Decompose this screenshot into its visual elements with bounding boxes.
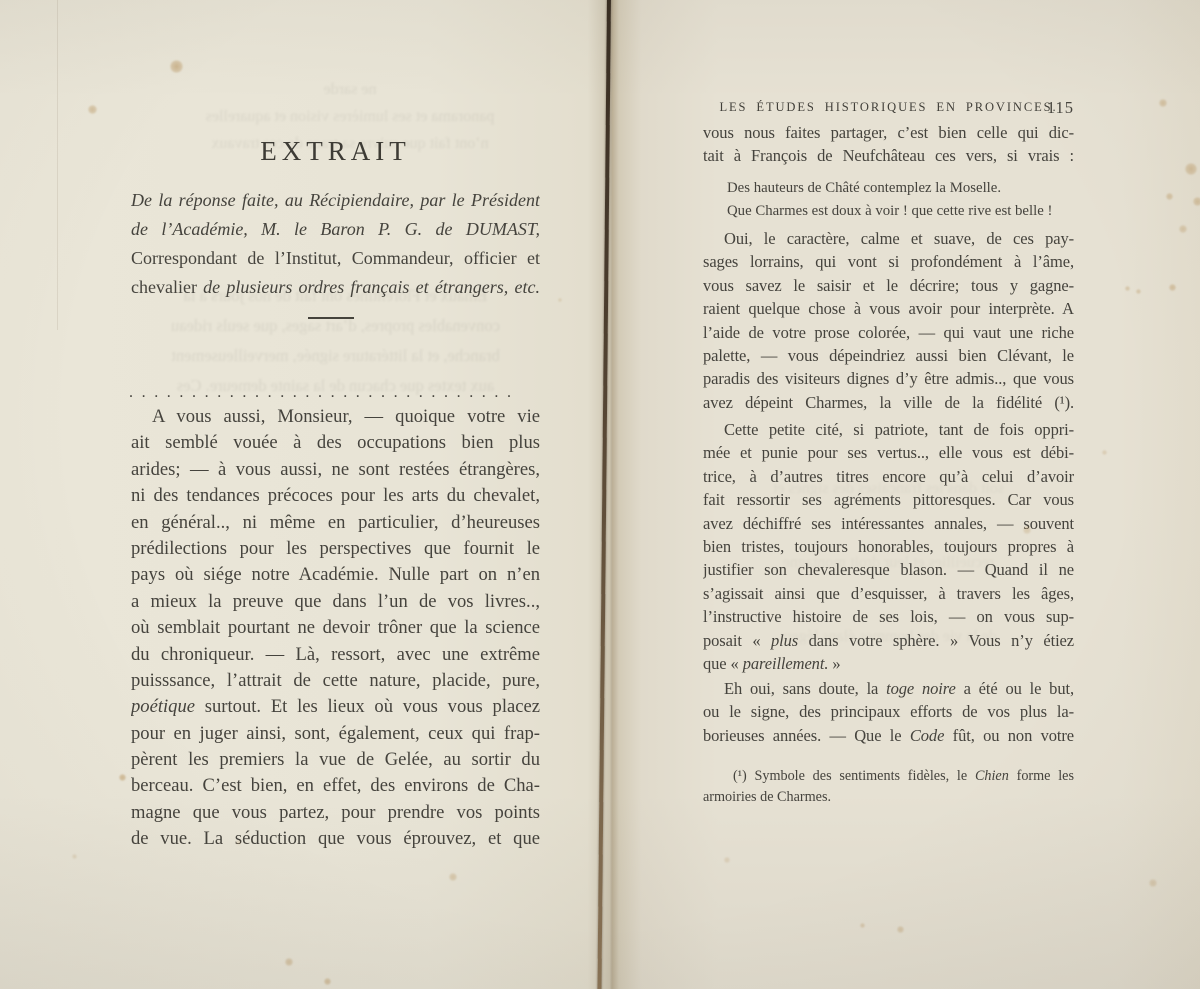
foxing-stain bbox=[285, 958, 293, 966]
paragraph-oui: Oui, le caractère, calme et suave, de ce… bbox=[703, 227, 1074, 414]
text: raient quelque chose à vous avoir pour i… bbox=[703, 299, 1074, 318]
text: ni des tendances précoces pour les arts … bbox=[131, 485, 540, 506]
text-line: posait « plus dans votre sphère. » Vous … bbox=[703, 629, 1074, 652]
running-header: LES ÉTUDES HISTORIQUES EN PROVINCES. 115 bbox=[703, 100, 1074, 118]
intro-paragraph: vous nous faites partager, c’est bien ce… bbox=[703, 121, 1074, 168]
foxing-stain bbox=[1159, 99, 1167, 107]
text: a mieux la preuve que dans l’un de vos l… bbox=[131, 591, 540, 612]
text-line: justifier son chevaleresque blason. — Qu… bbox=[703, 558, 1074, 581]
text-line: arides; — à vous aussi, ne sont restées … bbox=[131, 457, 540, 483]
foxing-stain bbox=[558, 298, 562, 302]
text: forme les bbox=[1009, 768, 1074, 784]
foxing-stain bbox=[724, 857, 730, 863]
text-line: ou le signe, des principaux efforts de v… bbox=[703, 700, 1074, 723]
text: où semblait pourtant ne devoir trôner qu… bbox=[131, 617, 540, 638]
text-line: raient quelque chose à vous avoir pour i… bbox=[703, 297, 1074, 320]
ghost-text-line: ne sarde bbox=[140, 76, 560, 103]
text: a été ou le but, bbox=[956, 679, 1074, 698]
text: surtout. Et les lieux où vous vous place… bbox=[195, 696, 540, 717]
text: magne que vous partez, pour prendre vos … bbox=[131, 802, 540, 823]
text-line: mée et punie pour ses vertus.., elle vou… bbox=[703, 441, 1074, 464]
italic-text: pareillement. bbox=[743, 654, 829, 673]
page-number: 115 bbox=[1047, 98, 1074, 118]
foxing-stain bbox=[1136, 289, 1141, 294]
italic-text: De la réponse faite, au Récipiendaire, p… bbox=[131, 190, 540, 210]
text-line: a mieux la preuve que dans l’un de vos l… bbox=[131, 589, 540, 615]
text-line: Eh oui, sans doute, la toge noire a été … bbox=[703, 677, 1074, 700]
text: » bbox=[828, 654, 840, 673]
text: ait semblé vouée à des occupations bien … bbox=[131, 432, 540, 453]
text-line: bien tristes, toujours honorables, toujo… bbox=[703, 535, 1074, 558]
foxing-stain bbox=[324, 978, 331, 985]
italic-text: toge noire bbox=[886, 679, 956, 698]
text-line: Que Charmes est doux à voir ! que cette … bbox=[727, 200, 1079, 223]
text: pour en juger ainsi, sont, également, ce… bbox=[131, 723, 540, 744]
text: palette, — vous dépeindriez aussi bien C… bbox=[703, 346, 1074, 365]
foxing-stain bbox=[1179, 225, 1187, 233]
text-line: que « pareillement. » bbox=[703, 652, 1074, 675]
text: justifier son chevaleresque blason. — Qu… bbox=[703, 560, 1074, 579]
text-line: A vous aussi, Monsieur, — quoique votre … bbox=[131, 404, 540, 430]
text-line: vous nous faites partager, c’est bien ce… bbox=[703, 121, 1074, 144]
text-line: fait ressortir ses agréments pittoresque… bbox=[703, 488, 1074, 511]
foxing-stain bbox=[1023, 526, 1031, 534]
foxing-stain bbox=[236, 840, 241, 845]
text: Eh oui, sans doute, la bbox=[724, 679, 886, 698]
text: posait « bbox=[703, 631, 771, 650]
text: vous nous faites partager, c’est bien ce… bbox=[703, 123, 1074, 142]
text-line: de vue. La séduction que vous éprouvez, … bbox=[131, 826, 540, 852]
text: arides; — à vous aussi, ne sont restées … bbox=[131, 459, 540, 480]
foxing-stain bbox=[1169, 284, 1176, 291]
text: en général.., ni même en particulier, d’… bbox=[131, 512, 540, 533]
text-line: poétique surtout. Et les lieux où vous v… bbox=[131, 694, 540, 720]
italic-text: Code bbox=[910, 726, 944, 745]
foxing-stain bbox=[88, 105, 97, 114]
text: borieuses années. — Que le bbox=[703, 726, 910, 745]
text: bien tristes, toujours honorables, toujo… bbox=[703, 537, 1074, 556]
text: s’agissait ainsi que d’esquisser, à trav… bbox=[703, 584, 1074, 603]
text: chevalier bbox=[131, 277, 203, 297]
text-line: ni des tendances précoces pour les arts … bbox=[131, 483, 540, 509]
text-line: tait à François de Neufchâteau ces vers,… bbox=[703, 144, 1074, 167]
foxing-stain bbox=[1185, 163, 1197, 175]
text: l’instructive histoire de ses lois, — on… bbox=[703, 607, 1074, 626]
text: Des hauteurs de Châté contemplez la Mose… bbox=[727, 180, 1001, 196]
text-line: borieuses années. — Que le Code fût, ou … bbox=[703, 724, 1074, 747]
text-line: armoiries de Charmes. bbox=[703, 787, 1074, 808]
text: Correspondant de l’Institut, Commandeur,… bbox=[131, 248, 540, 268]
italic-text: de l’Académie, M. le Baron P. G. de DUMA… bbox=[131, 219, 540, 239]
text-line: du chroniqueur. — Là, ressort, avec une … bbox=[131, 642, 540, 668]
text-line: vous savez le saisir et le décrire; tous… bbox=[703, 274, 1074, 297]
text: vous savez le saisir et le décrire; tous… bbox=[703, 276, 1074, 295]
foxing-stain bbox=[119, 774, 126, 781]
text-line: sages lorrains, qui vont si profondément… bbox=[703, 250, 1074, 273]
text-line: magne que vous partez, pour prendre vos … bbox=[131, 800, 540, 826]
text-line: s’agissait ainsi que d’esquisser, à trav… bbox=[703, 582, 1074, 605]
foxing-stain bbox=[170, 60, 183, 73]
text-line: Correspondant de l’Institut, Commandeur,… bbox=[131, 244, 540, 273]
text: que « bbox=[703, 654, 743, 673]
text-line: paradis des visiteurs dignes d’y être ad… bbox=[703, 367, 1074, 390]
foxing-stain bbox=[1166, 193, 1173, 200]
footnote: (¹) Symbole des sentiments fidèles, le C… bbox=[703, 766, 1074, 807]
text-line: pays où siége notre Académie. Nulle part… bbox=[131, 562, 540, 588]
foxing-stain bbox=[860, 923, 865, 928]
text: avez déchiffré ses intéressantes annales… bbox=[703, 514, 1074, 533]
text: berceau. C’est bien, en effet, des envir… bbox=[131, 775, 540, 796]
ghost-text-line: panorama et ses lumières vision et aquar… bbox=[140, 103, 560, 130]
text-line: berceau. C’est bien, en effet, des envir… bbox=[131, 773, 540, 799]
text-line: Oui, le caractère, calme et suave, de ce… bbox=[703, 227, 1074, 250]
verse-quote: Des hauteurs de Châté contemplez la Mose… bbox=[727, 177, 1079, 222]
text: fût, ou non votre bbox=[944, 726, 1074, 745]
running-header-title: LES ÉTUDES HISTORIQUES EN PROVINCES. bbox=[703, 100, 1074, 115]
text: ou le signe, des principaux efforts de v… bbox=[703, 702, 1074, 721]
text: Cette petite cité, si patriote, tant de … bbox=[724, 420, 1074, 439]
text-line: (¹) Symbole des sentiments fidèles, le C… bbox=[703, 766, 1074, 787]
text: armoiries de Charmes. bbox=[703, 789, 831, 805]
text-line: l’instructive histoire de ses lois, — on… bbox=[703, 605, 1074, 628]
text: Que Charmes est doux à voir ! que cette … bbox=[727, 203, 1052, 219]
foxing-stain bbox=[1125, 286, 1130, 291]
text-line: où semblait pourtant ne devoir trôner qu… bbox=[131, 615, 540, 641]
text: Oui, le caractère, calme et suave, de ce… bbox=[724, 229, 1074, 248]
foxing-stain bbox=[1193, 197, 1200, 206]
text-line: ait semblé vouée à des occupations bien … bbox=[131, 430, 540, 456]
text-line: Des hauteurs de Châté contemplez la Mose… bbox=[727, 177, 1079, 200]
ghost-text-line: convenables propres, d’art sages, que se… bbox=[131, 311, 540, 341]
text-line: pour en juger ainsi, sont, également, ce… bbox=[131, 721, 540, 747]
text: A vous aussi, Monsieur, — quoique votre … bbox=[152, 406, 540, 427]
text-line: prédilections pour les perspectives que … bbox=[131, 536, 540, 562]
text: paradis des visiteurs dignes d’y être ad… bbox=[703, 369, 1074, 388]
text: (¹) Symbole des sentiments fidèles, le bbox=[733, 768, 975, 784]
ghost-text-line: branche, et la littérature signée, merve… bbox=[131, 341, 540, 371]
paragraph-eh-oui: Eh oui, sans doute, la toge noire a été … bbox=[703, 677, 1074, 747]
foxing-stain bbox=[72, 854, 77, 859]
italic-text: de plusieurs ordres français et étranger… bbox=[203, 277, 540, 297]
text-line: avez dépeint Charmes, la ville de la fid… bbox=[703, 391, 1074, 414]
book-photo: ne sardepanorama et ses lumières vision … bbox=[0, 0, 1200, 989]
left-body-paragraph: A vous aussi, Monsieur, — quoique votre … bbox=[131, 404, 540, 853]
text-line: De la réponse faite, au Récipiendaire, p… bbox=[131, 186, 540, 215]
text-line: de l’Académie, M. le Baron P. G. de DUMA… bbox=[131, 215, 540, 244]
text-line: en général.., ni même en particulier, d’… bbox=[131, 510, 540, 536]
dedication: De la réponse faite, au Récipiendaire, p… bbox=[131, 186, 540, 302]
italic-text: Chien bbox=[975, 768, 1009, 784]
text-line: Cette petite cité, si patriote, tant de … bbox=[703, 418, 1074, 441]
text: pays où siége notre Académie. Nulle part… bbox=[131, 564, 540, 585]
text-line: l’aide de votre prose colorée, — qui vau… bbox=[703, 321, 1074, 344]
text-line: palette, — vous dépeindriez aussi bien C… bbox=[703, 344, 1074, 367]
text-line: chevalier de plusieurs ordres français e… bbox=[131, 273, 540, 302]
italic-text: poétique bbox=[131, 696, 195, 717]
text-line: trice, à d’autres titres encore qu’à cel… bbox=[703, 465, 1074, 488]
page-edge-line bbox=[57, 0, 58, 330]
text-line: avez déchiffré ses intéressantes annales… bbox=[703, 512, 1074, 535]
text: du chroniqueur. — Là, ressort, avec une … bbox=[131, 644, 540, 665]
foxing-stain bbox=[1149, 879, 1157, 887]
text-line: pèrent les premiers la vue de Gelée, au … bbox=[131, 747, 540, 773]
text: tait à François de Neufchâteau ces vers,… bbox=[703, 146, 1074, 165]
text: mée et punie pour ses vertus.., elle vou… bbox=[703, 443, 1074, 462]
foxing-stain bbox=[1102, 450, 1107, 455]
section-divider bbox=[308, 317, 354, 319]
text: pèrent les premiers la vue de Gelée, au … bbox=[131, 749, 540, 770]
foxing-stain bbox=[449, 873, 457, 881]
text: l’aide de votre prose colorée, — qui vau… bbox=[703, 323, 1074, 342]
text: trice, à d’autres titres encore qu’à cel… bbox=[703, 467, 1074, 486]
text: de vue. La séduction que vous éprouvez, … bbox=[131, 828, 540, 849]
text-line: puisssance, l’attrait de cette nature, p… bbox=[131, 668, 540, 694]
text: prédilections pour les perspectives que … bbox=[131, 538, 540, 559]
text: puisssance, l’attrait de cette nature, p… bbox=[131, 670, 540, 691]
paragraph-cette: Cette petite cité, si patriote, tant de … bbox=[703, 418, 1074, 675]
text: fait ressortir ses agréments pittoresque… bbox=[703, 490, 1074, 509]
page-title: EXTRAIT bbox=[131, 136, 540, 167]
text: sages lorrains, qui vont si profondément… bbox=[703, 252, 1074, 271]
foxing-stain bbox=[897, 926, 904, 933]
text: dans votre sphère. » Vous n’y étiez bbox=[798, 631, 1074, 650]
ellipsis-line: ............................... bbox=[129, 384, 544, 404]
italic-text: plus bbox=[771, 631, 798, 650]
text: avez dépeint Charmes, la ville de la fid… bbox=[703, 393, 1074, 412]
